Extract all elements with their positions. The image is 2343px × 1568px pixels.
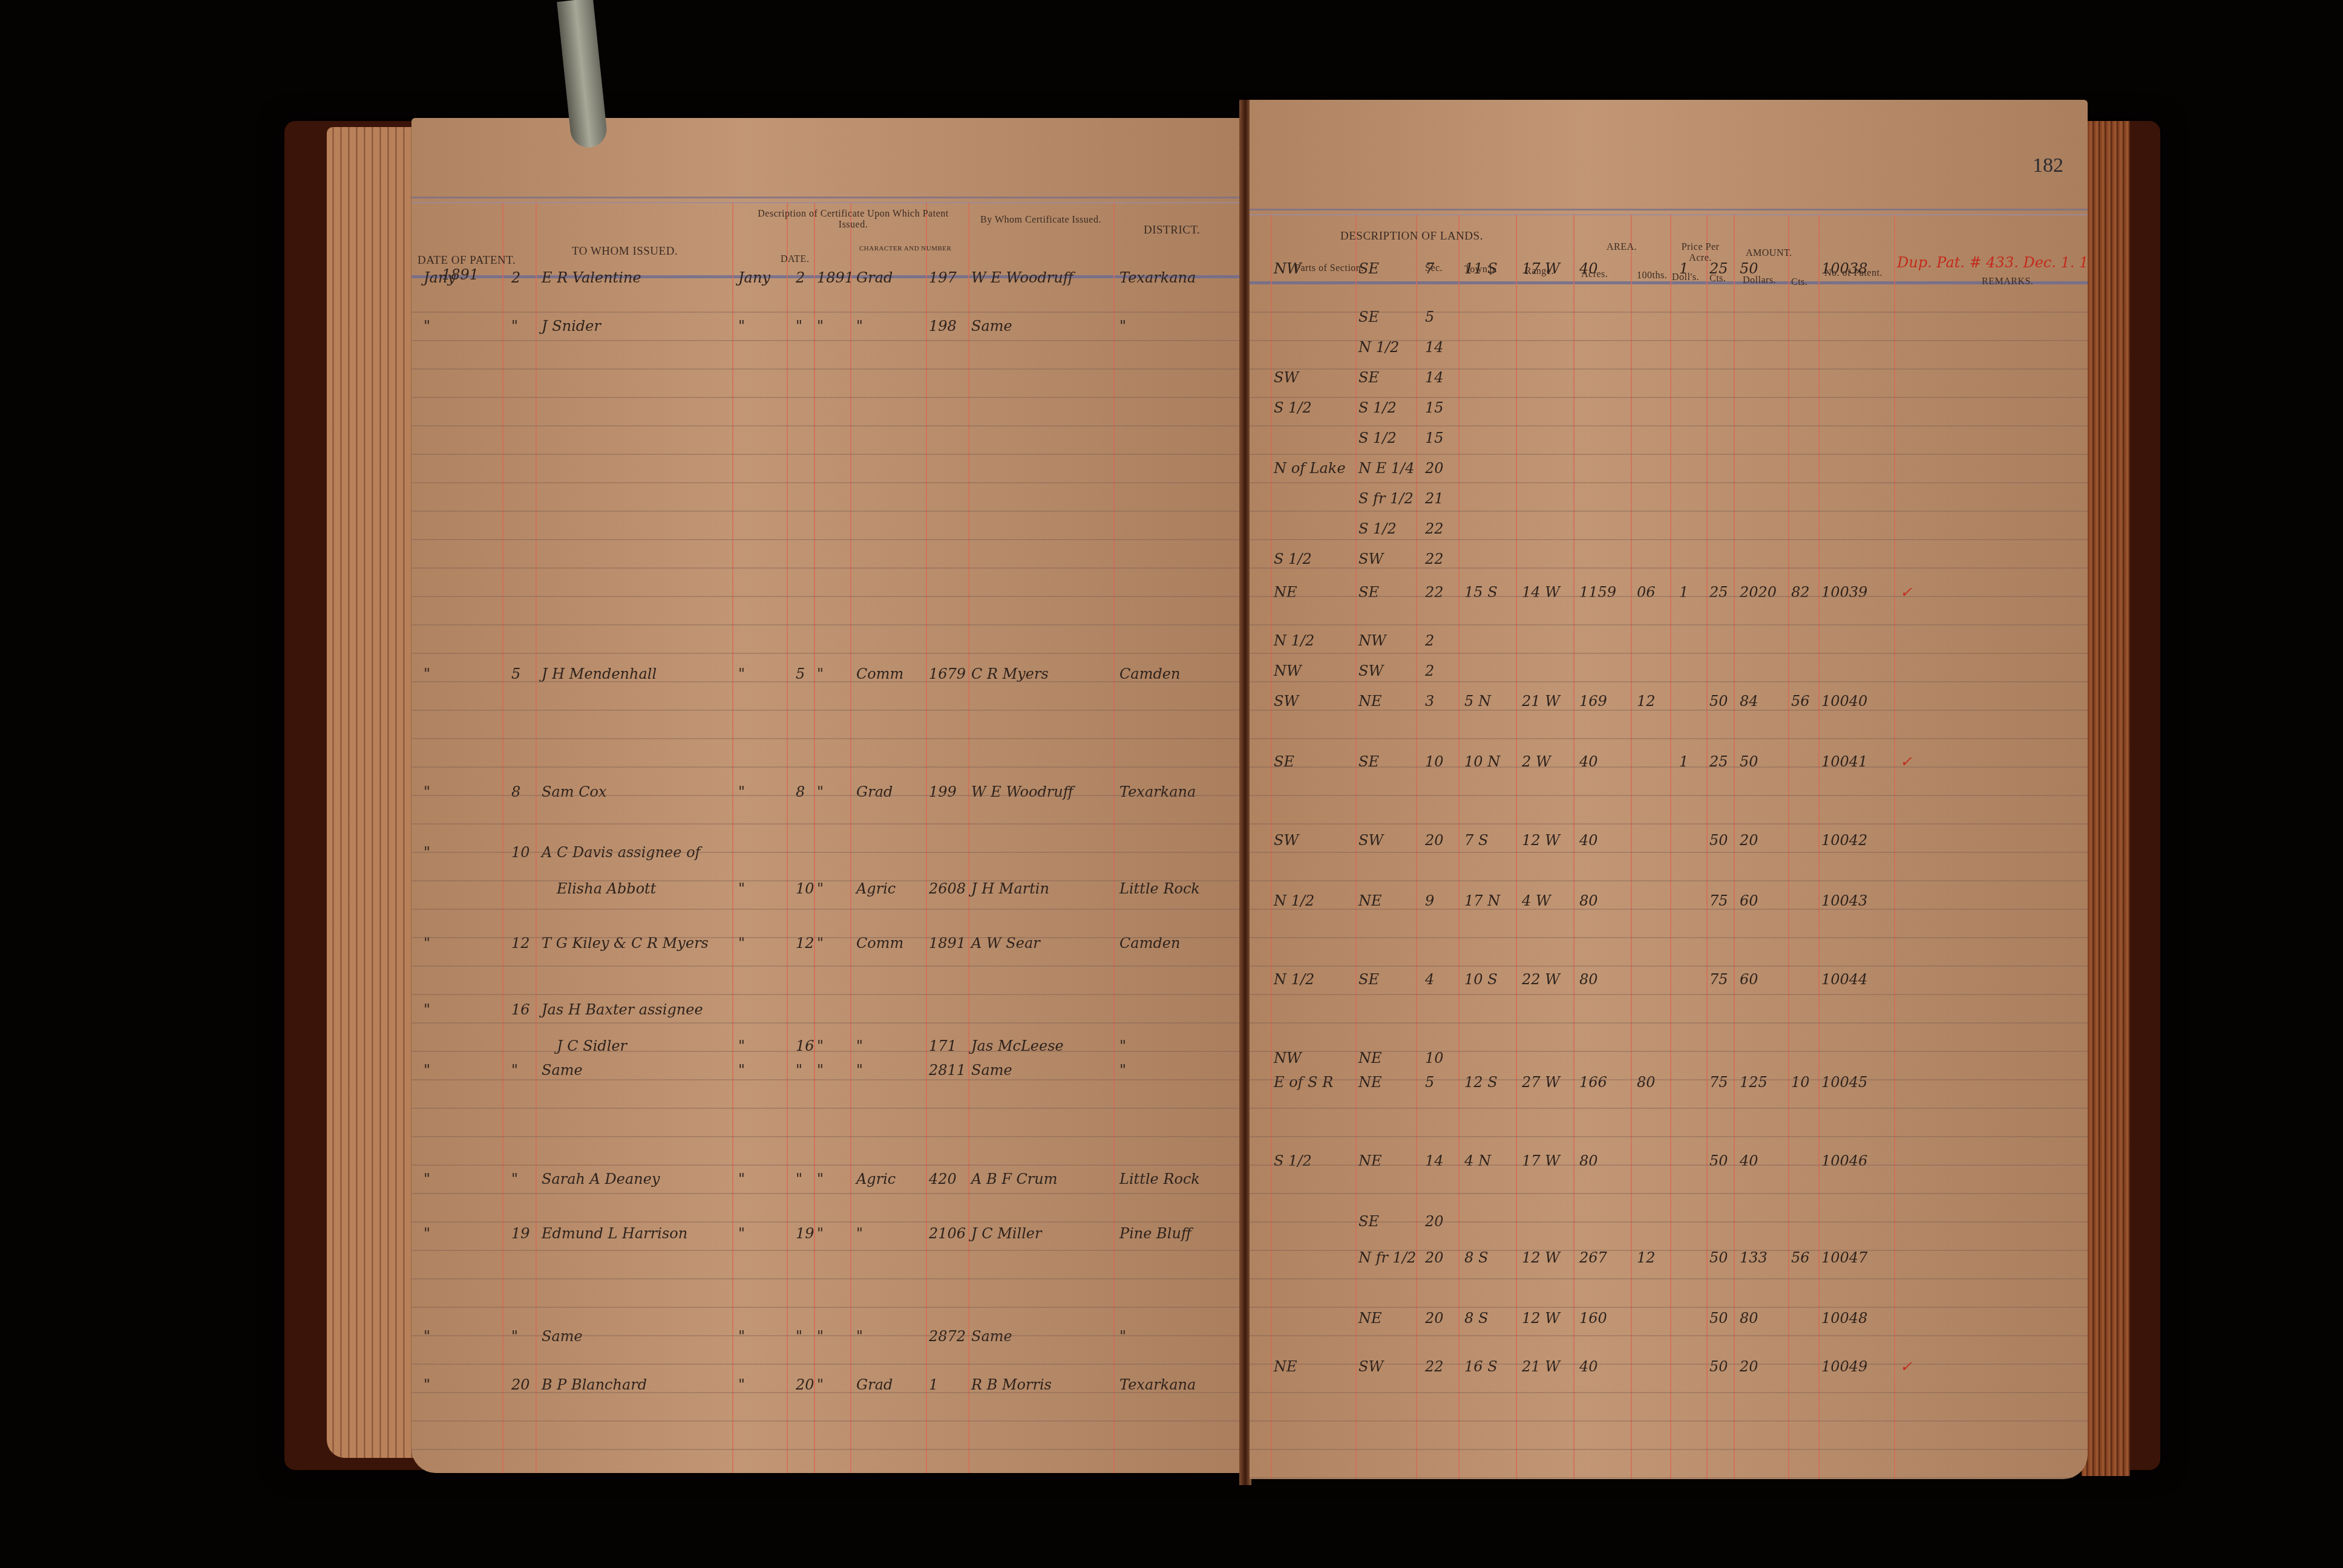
ruled-line xyxy=(1250,1392,2088,1393)
ruled-line xyxy=(411,1079,1240,1080)
grantee-name: Same xyxy=(542,1328,583,1345)
issuing-officer: W E Woodruff xyxy=(971,269,1073,286)
acres: 40 xyxy=(1579,260,1598,277)
township: 8 S xyxy=(1464,1249,1488,1266)
price-cents: 75 xyxy=(1709,1074,1728,1091)
ruled-line xyxy=(411,1221,1240,1223)
patent-month: " xyxy=(424,1328,430,1345)
ruled-line xyxy=(411,852,1240,853)
cert-character: Comm xyxy=(856,665,903,682)
patent-day: " xyxy=(511,1171,518,1187)
section-part-b: S 1/2 xyxy=(1358,520,1397,537)
patent-month: " xyxy=(424,783,430,800)
section-part-b: NE xyxy=(1358,1152,1382,1169)
section-number: 2 xyxy=(1425,632,1434,649)
ruled-line xyxy=(1250,710,2088,711)
cert-year: " xyxy=(817,1171,824,1187)
rule-v xyxy=(1355,215,1357,1479)
section-part-a: SW xyxy=(1274,832,1299,849)
section-part-b: SE xyxy=(1358,260,1379,277)
price-dollars: 1 xyxy=(1679,584,1688,601)
header-cert-date: DATE. xyxy=(781,254,809,265)
grantee-name: J H Mendenhall xyxy=(542,665,657,682)
grantee-name: J Snider xyxy=(542,318,601,335)
cert-character: Grad xyxy=(856,269,893,286)
ruled-line xyxy=(1250,511,2088,512)
cert-day: 19 xyxy=(796,1225,814,1242)
header-date-of-patent: DATE OF PATENT. xyxy=(418,254,516,267)
rule-v xyxy=(850,203,851,1473)
section-part-a: N 1/2 xyxy=(1274,971,1314,988)
ruled-line xyxy=(411,340,1240,341)
patent-day: 20 xyxy=(511,1376,530,1393)
cert-day: " xyxy=(796,1171,802,1187)
section-number: 15 xyxy=(1425,399,1444,416)
section-part-a: S 1/2 xyxy=(1274,1152,1312,1169)
ruled-line xyxy=(411,738,1240,739)
section-number: 2 xyxy=(1425,662,1434,679)
cert-character: " xyxy=(856,318,863,335)
cert-character: " xyxy=(856,1225,863,1242)
ruled-line xyxy=(1250,1108,2088,1109)
issuing-officer: A B F Crum xyxy=(971,1171,1058,1187)
header-certificate-description: Description of Certificate Upon Which Pa… xyxy=(750,209,956,230)
section-part-b: SE xyxy=(1358,369,1379,386)
acres: 80 xyxy=(1579,971,1598,988)
amount-dollars: 20 xyxy=(1740,832,1758,849)
section-part-a: NE xyxy=(1274,584,1297,601)
section-part-a: N of Lake xyxy=(1274,460,1346,477)
range: 17 W xyxy=(1522,260,1560,277)
section-part-b: SE xyxy=(1358,584,1379,601)
rule-v xyxy=(1113,203,1115,1473)
cert-month: " xyxy=(738,1062,745,1079)
ruled-line xyxy=(1250,454,2088,455)
ruled-line xyxy=(411,312,1240,313)
amount-dollars: 2020 xyxy=(1740,584,1777,601)
patent-number: 10048 xyxy=(1821,1310,1867,1327)
amount-dollars: 80 xyxy=(1740,1310,1758,1327)
section-part-b: N E 1/4 xyxy=(1358,460,1414,477)
patent-month: " xyxy=(424,1171,430,1187)
section-part-a: N 1/2 xyxy=(1274,892,1314,909)
ruled-line xyxy=(411,1364,1240,1365)
price-dollars: 1 xyxy=(1679,260,1688,277)
cert-year: " xyxy=(817,318,824,335)
price-cents: 50 xyxy=(1709,1310,1728,1327)
cert-day: 10 xyxy=(796,880,814,897)
section-number: 22 xyxy=(1425,520,1444,537)
section-number: 14 xyxy=(1425,369,1444,386)
ruled-line xyxy=(1250,1477,2088,1478)
check-mark-icon: ✓ xyxy=(1900,584,1912,601)
section-part-a: NW xyxy=(1274,662,1302,679)
section-part-a: NE xyxy=(1274,1358,1297,1375)
cert-number: 1 xyxy=(929,1376,938,1393)
header-parts-of-section: Parts of Section. xyxy=(1295,263,1364,274)
ruled-line xyxy=(1250,880,2088,881)
ruled-line xyxy=(1250,1165,2088,1166)
ruled-line xyxy=(411,937,1240,938)
township: 17 N xyxy=(1464,892,1500,909)
patent-month: " xyxy=(424,1225,430,1242)
ruled-line xyxy=(411,624,1240,626)
rule-v xyxy=(1271,215,1272,1479)
patent-day: " xyxy=(511,318,518,335)
rule-v xyxy=(787,203,788,1473)
cert-number: 199 xyxy=(929,783,957,800)
ruled-line xyxy=(411,710,1240,711)
range: 12 W xyxy=(1522,1249,1560,1266)
price-cents: 50 xyxy=(1709,693,1728,710)
rule-v xyxy=(968,203,969,1473)
issuing-officer: Same xyxy=(971,318,1012,335)
grantee-name: Jas H Baxter assignee xyxy=(542,1001,703,1018)
patent-number: 10038 xyxy=(1821,260,1867,277)
cert-year: " xyxy=(817,1062,824,1079)
page-edges-left xyxy=(327,127,418,1458)
cert-character: " xyxy=(856,1062,863,1079)
ruled-line xyxy=(1250,823,2088,825)
section-number: 21 xyxy=(1425,490,1444,507)
header-cert-character: CHARACTER AND NUMBER xyxy=(859,245,951,252)
acres: 267 xyxy=(1579,1249,1607,1266)
ruled-line xyxy=(411,1108,1240,1109)
ruled-line xyxy=(1250,852,2088,853)
section-part-a: E of S R xyxy=(1274,1074,1333,1091)
cert-month: " xyxy=(738,318,745,335)
amount-dollars: 84 xyxy=(1740,693,1758,710)
patent-month: " xyxy=(424,1376,430,1393)
rule-v xyxy=(1706,215,1708,1479)
section-part-b: N 1/2 xyxy=(1358,339,1399,356)
ruled-line xyxy=(1250,738,2088,739)
cert-character: Agric xyxy=(856,880,896,897)
range: 12 W xyxy=(1522,832,1560,849)
range: 22 W xyxy=(1522,971,1560,988)
ruled-line xyxy=(1250,653,2088,654)
cert-month: " xyxy=(738,1328,745,1345)
township: 5 N xyxy=(1464,693,1491,710)
header-amount: AMOUNT. xyxy=(1746,248,1792,259)
township: 4 N xyxy=(1464,1152,1491,1169)
price-cents: 25 xyxy=(1709,584,1728,601)
section-part-b: NE xyxy=(1358,693,1382,710)
cert-month: " xyxy=(738,783,745,800)
ruled-line xyxy=(1250,1079,2088,1080)
rule-v xyxy=(1894,215,1895,1479)
price-cents: 25 xyxy=(1709,260,1728,277)
patent-number: 10047 xyxy=(1821,1249,1867,1266)
section-part-a: SW xyxy=(1274,693,1299,710)
header-blue-rule xyxy=(1250,281,2088,284)
acres: 166 xyxy=(1579,1074,1607,1091)
amount-dollars: 20 xyxy=(1740,1358,1758,1375)
township: 7 S xyxy=(1464,832,1488,849)
patent-number: 10046 xyxy=(1821,1152,1867,1169)
cert-year: " xyxy=(817,880,824,897)
ruled-line xyxy=(411,454,1240,455)
section-part-b: SW xyxy=(1358,832,1383,849)
ruled-line xyxy=(1250,1022,2088,1024)
ruled-line xyxy=(411,1136,1240,1137)
cert-number: 420 xyxy=(929,1171,957,1187)
district: Texarkana xyxy=(1119,783,1196,800)
district: Texarkana xyxy=(1119,1376,1196,1393)
township: 12 S xyxy=(1464,1074,1498,1091)
ruled-line xyxy=(1250,539,2088,540)
right-page: 182 DESCRIPTION OF LANDS. Parts of Secti… xyxy=(1250,100,2088,1479)
ruled-line xyxy=(1250,1449,2088,1450)
ruled-line xyxy=(1250,567,2088,569)
amount-dollars: 40 xyxy=(1740,1152,1758,1169)
acres: 80 xyxy=(1579,892,1598,909)
section-part-b: NE xyxy=(1358,1074,1382,1091)
ruled-line xyxy=(411,1278,1240,1279)
district: Pine Bluff xyxy=(1119,1225,1191,1242)
amount-dollars: 50 xyxy=(1740,260,1758,277)
cert-number: 2872 xyxy=(929,1328,966,1345)
patent-day: 2 xyxy=(511,269,520,286)
ruled-line xyxy=(1250,909,2088,910)
ruled-line xyxy=(411,1165,1240,1166)
cert-character: " xyxy=(856,1328,863,1345)
range: 21 W xyxy=(1522,693,1560,710)
patent-number: 10044 xyxy=(1821,971,1867,988)
ruled-line xyxy=(411,511,1240,512)
ruled-line xyxy=(411,1449,1240,1450)
cert-day: " xyxy=(796,318,802,335)
section-number: 20 xyxy=(1425,460,1444,477)
cert-day: " xyxy=(796,1062,802,1079)
cert-character: Grad xyxy=(856,1376,893,1393)
rule-v xyxy=(1818,215,1820,1479)
acres-hundredths: 12 xyxy=(1637,693,1656,710)
section-part-b: S 1/2 xyxy=(1358,399,1397,416)
section-part-b: NE xyxy=(1358,1050,1382,1067)
patent-day: 5 xyxy=(511,665,520,682)
ruled-line xyxy=(411,909,1240,910)
patent-day: 16 xyxy=(511,1001,530,1018)
patent-number: 10045 xyxy=(1821,1074,1867,1091)
issuing-officer: C R Myers xyxy=(971,665,1049,682)
range: 4 W xyxy=(1522,892,1551,909)
section-number: 9 xyxy=(1425,892,1434,909)
cert-month: " xyxy=(738,1225,745,1242)
acres: 169 xyxy=(1579,693,1607,710)
cert-number: 2608 xyxy=(929,880,966,897)
ruled-line xyxy=(1250,368,2088,370)
rule-v xyxy=(814,203,815,1473)
section-part-b: SW xyxy=(1358,1358,1383,1375)
rule-v xyxy=(1788,215,1789,1479)
ruled-line xyxy=(411,965,1240,967)
ruled-line xyxy=(411,482,1240,483)
ruled-line xyxy=(1250,994,2088,995)
ruled-line xyxy=(411,1250,1240,1251)
cert-character: Agric xyxy=(856,1171,896,1187)
district: " xyxy=(1119,1062,1126,1079)
range: 21 W xyxy=(1522,1358,1560,1375)
ruled-line xyxy=(411,1022,1240,1024)
rule-v xyxy=(1458,215,1460,1479)
amount-cents: 56 xyxy=(1791,693,1810,710)
section-number: 22 xyxy=(1425,584,1444,601)
section-part-b: S 1/2 xyxy=(1358,430,1397,446)
ruled-line xyxy=(1250,1364,2088,1365)
section-part-b: NE xyxy=(1358,1310,1382,1327)
township: 8 S xyxy=(1464,1310,1488,1327)
ruled-line xyxy=(411,1392,1240,1393)
price-cents: 50 xyxy=(1709,1249,1728,1266)
patent-day: " xyxy=(511,1062,518,1079)
patent-day: 19 xyxy=(511,1225,530,1242)
header-remarks: REMARKS. xyxy=(1982,276,2033,287)
patent-month: " xyxy=(424,318,430,335)
price-cents: 75 xyxy=(1709,892,1728,909)
section-part-b: SW xyxy=(1358,550,1383,567)
amount-cents: 56 xyxy=(1791,1249,1810,1266)
patent-number: 10042 xyxy=(1821,832,1867,849)
issuing-officer: Same xyxy=(971,1062,1012,1079)
section-part-a: NW xyxy=(1274,260,1302,277)
issuing-officer: R B Morris xyxy=(971,1376,1052,1393)
price-cents: 50 xyxy=(1709,832,1728,849)
rule-v xyxy=(1670,215,1671,1479)
amount-cents: 82 xyxy=(1791,584,1810,601)
header-district: DISTRICT. xyxy=(1144,224,1200,237)
patent-number: 10040 xyxy=(1821,693,1867,710)
header-area: AREA. xyxy=(1607,242,1637,253)
header-description-of-lands: DESCRIPTION OF LANDS. xyxy=(1340,230,1483,243)
header-by-whom: By Whom Certificate Issued. xyxy=(980,215,1101,226)
acres: 160 xyxy=(1579,1310,1607,1327)
amount-dollars: 60 xyxy=(1740,971,1758,988)
issuing-officer: Same xyxy=(971,1328,1012,1345)
acres: 40 xyxy=(1579,832,1598,849)
rule-v xyxy=(926,203,927,1473)
ruled-line xyxy=(411,539,1240,540)
issuing-officer: W E Woodruff xyxy=(971,783,1073,800)
patent-month: " xyxy=(424,665,430,682)
cert-year: " xyxy=(817,1225,824,1242)
ruled-line xyxy=(1250,425,2088,426)
township: 16 S xyxy=(1464,1358,1498,1375)
rule-v xyxy=(502,203,503,1473)
grantee-name: Sam Cox xyxy=(542,783,606,800)
check-mark-icon: ✓ xyxy=(1900,1358,1912,1375)
ruled-line xyxy=(1250,312,2088,313)
page-edges-right xyxy=(2082,121,2130,1476)
cert-day: 20 xyxy=(796,1376,814,1393)
cert-month: " xyxy=(738,880,745,897)
cert-number: 1679 xyxy=(929,665,966,682)
grantee-name: E R Valentine xyxy=(542,269,641,286)
ruled-line xyxy=(1250,766,2088,768)
range: 17 W xyxy=(1522,1152,1560,1169)
ruled-line xyxy=(411,596,1240,597)
patent-month: " xyxy=(424,1001,430,1018)
ruled-line xyxy=(411,1420,1240,1422)
ruled-line xyxy=(1250,596,2088,597)
ruled-line xyxy=(1250,1278,2088,1279)
header-double-rule xyxy=(1250,209,2088,215)
ruled-line xyxy=(1250,1193,2088,1194)
header-to-whom-issued: TO WHOM ISSUED. xyxy=(572,245,678,258)
section-number: 14 xyxy=(1425,1152,1444,1169)
ruled-line xyxy=(1250,482,2088,483)
ruled-line xyxy=(411,994,1240,995)
section-number: 20 xyxy=(1425,1249,1444,1266)
patent-number: 10039 xyxy=(1821,584,1867,601)
patent-month: Jany xyxy=(424,269,456,286)
ruled-line xyxy=(411,368,1240,370)
price-cents: 50 xyxy=(1709,1358,1728,1375)
acres-hundredths: 06 xyxy=(1637,584,1656,601)
ruled-line xyxy=(411,1335,1240,1336)
section-part-b: N fr 1/2 xyxy=(1358,1249,1416,1266)
cert-day: 5 xyxy=(796,665,805,682)
district: Little Rock xyxy=(1119,880,1200,897)
issuing-officer: J C Miller xyxy=(971,1225,1042,1242)
amount-cents: 10 xyxy=(1791,1074,1810,1091)
section-part-b: S fr 1/2 xyxy=(1358,490,1414,507)
cert-month: " xyxy=(738,1376,745,1393)
ruled-line xyxy=(411,1193,1240,1194)
ruled-line xyxy=(411,425,1240,426)
ruled-line xyxy=(1250,1335,2088,1336)
ruled-line xyxy=(411,1051,1240,1052)
cert-year: " xyxy=(817,783,824,800)
section-part-b: NW xyxy=(1358,632,1386,649)
district: " xyxy=(1119,318,1126,335)
rule-v xyxy=(1631,215,1632,1479)
grantee-name: Sarah A Deaney xyxy=(542,1171,660,1187)
cert-number: 2811 xyxy=(929,1062,966,1079)
ruled-line xyxy=(411,567,1240,569)
ruled-line xyxy=(411,880,1240,881)
price-cents: 50 xyxy=(1709,1152,1728,1169)
section-part-a: S 1/2 xyxy=(1274,399,1312,416)
section-part-a: S 1/2 xyxy=(1274,550,1312,567)
section-number: 7 xyxy=(1425,260,1434,277)
cert-day: 8 xyxy=(796,783,805,800)
ruled-line xyxy=(1250,1250,2088,1251)
district: Texarkana xyxy=(1119,269,1196,286)
header-100ths: 100ths. xyxy=(1637,270,1667,281)
acres: 1159 xyxy=(1579,584,1616,601)
patent-number: 10049 xyxy=(1821,1358,1867,1375)
ruled-line xyxy=(1250,937,2088,938)
cert-month: Jany xyxy=(738,269,770,286)
cert-year: " xyxy=(817,1328,824,1345)
rule-v xyxy=(1734,215,1735,1479)
header-amount-cts: Cts. xyxy=(1791,277,1807,288)
ruled-line xyxy=(1250,965,2088,967)
ruled-line xyxy=(1250,624,2088,626)
cert-year: " xyxy=(817,665,824,682)
section-part-b: SE xyxy=(1358,971,1379,988)
cert-number: 197 xyxy=(929,269,957,286)
rule-v xyxy=(1516,215,1517,1479)
acres: 80 xyxy=(1579,1152,1598,1169)
range: 14 W xyxy=(1522,584,1560,601)
section-part-a: SW xyxy=(1274,369,1299,386)
acres-hundredths: 80 xyxy=(1637,1074,1656,1091)
section-number: 10 xyxy=(1425,1050,1444,1067)
section-part-b: NE xyxy=(1358,892,1382,909)
range: 12 W xyxy=(1522,1310,1560,1327)
